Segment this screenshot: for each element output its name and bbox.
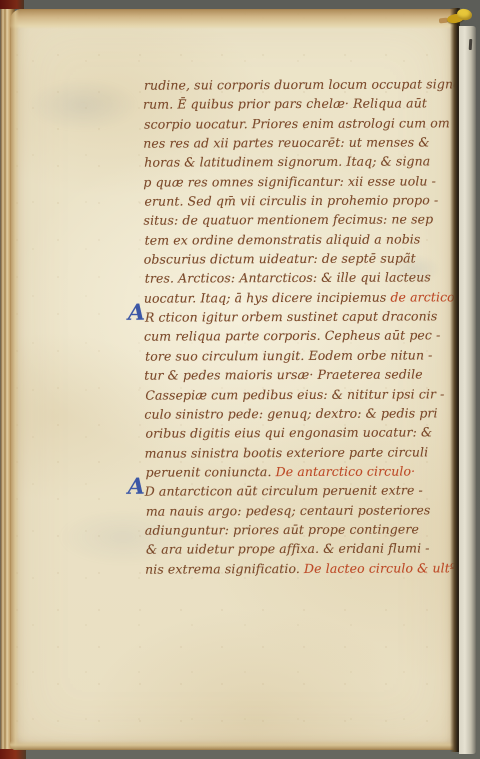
page-edge-left: [10, 9, 19, 750]
body-text: rum. Ē quibus prior pars chelæ· Reliqua …: [143, 96, 427, 112]
body-text: scorpio uocatur. Priores enim astrologi …: [144, 115, 456, 131]
manuscript-line: obscurius dictum uideatur: de septē supã…: [144, 248, 438, 269]
manuscript-line: scorpio uocatur. Priores enim astrologi …: [144, 113, 437, 134]
body-text: & ara uidetur prope affixa. & eridani fl…: [146, 541, 430, 557]
manuscript-line: erunt. Sed qm̄ vii circulis in prohemio …: [144, 190, 437, 211]
illuminated-initial: A: [128, 304, 145, 323]
body-text: erunt. Sed qm̄ vii circulis in prohemio …: [144, 192, 438, 208]
body-text: situs: de quatuor mentionem fecimus: ne …: [144, 212, 434, 228]
manuscript-line: rum. Ē quibus prior pars chelæ· Reliqua …: [143, 94, 437, 115]
photo-backdrop: rudine, sui corporis duorum locum occupa…: [0, 0, 480, 759]
manuscript-line: nes res ad xii partes reuocarēt: ut mens…: [143, 132, 437, 153]
manuscript-line: uocatur. Itaq; ā hys dicere incipiemus d…: [144, 287, 438, 308]
manuscript-line: culo sinistro pede: genuq; dextro: & ped…: [144, 403, 438, 424]
body-text: D antarcticon aūt circulum peruenit extr…: [145, 483, 423, 499]
manuscript-line: horas & latitudinem signorum. Itaq; & si…: [144, 152, 437, 173]
body-text: tore suo circulum iungit. Eodem orbe nit…: [145, 347, 432, 363]
manuscript-line: tem ex ordine demonstratis aliquid a nob…: [145, 229, 438, 250]
body-text: obscurius dictum uideatur: de septē supã…: [144, 251, 416, 267]
body-text: ma nauis argo: pedesq; centauri posterio…: [146, 502, 431, 518]
manuscript-line: Cassepiæ cum pedibus eius: & nititur ips…: [145, 384, 438, 405]
body-text: culo sinistro pede: genuq; dextro: & ped…: [144, 405, 437, 421]
manuscript-page: rudine, sui corporis duorum locum occupa…: [10, 9, 456, 750]
manuscript-line: p quæ res omnes significantur: xii esse …: [143, 171, 437, 192]
manuscript-line: peruenit coniuncta. De antarctico circul…: [146, 461, 439, 482]
body-text: p quæ res omnes significantur: xii esse …: [143, 173, 436, 189]
manuscript-line: AR cticon igitur orbem sustinet caput dr…: [145, 306, 438, 327]
binding-spine-bottom: [0, 749, 26, 759]
body-text: nis extrema significatio.: [145, 561, 304, 577]
manuscript-line: rudine, sui corporis duorum locum occupa…: [144, 74, 437, 95]
body-text: tres. Arcticos: Antarcticos: & ille qui …: [145, 270, 431, 286]
illuminated-initial: A: [128, 478, 145, 497]
page-edge-top: [10, 9, 456, 29]
manuscript-line: tres. Arcticos: Antarcticos: & ille qui …: [145, 268, 438, 289]
body-text: nes res ad xii partes reuocarēt: ut mens…: [143, 134, 429, 150]
page-edge-bottom: [10, 741, 456, 750]
text-block: rudine, sui corporis duorum locum occupa…: [143, 74, 439, 578]
facing-page-edge: [459, 26, 476, 754]
ink-bleedthrough: [28, 79, 138, 131]
body-text: tur & pedes maioris ursæ· Praeterea sedi…: [144, 367, 423, 383]
manuscript-line: ma nauis argo: pedesq; centauri posterio…: [146, 500, 439, 521]
body-text: Cassepiæ cum pedibus eius: & nititur ips…: [145, 386, 444, 402]
body-text: oribus digitis eius qui engonasim uocatu…: [145, 425, 432, 441]
manuscript-line: situs: de quatuor mentionem fecimus: ne …: [143, 210, 437, 231]
body-text: R cticon igitur orbem sustinet caput dra…: [145, 308, 438, 324]
rubric-text: de arctico cc̃lo·: [390, 289, 456, 304]
manuscript-line: cum reliqua parte corporis. Cepheus aūt …: [144, 326, 438, 347]
body-text: adiunguntur: priores aūt prope continger…: [145, 521, 419, 537]
manuscript-line: nis extrema significatio. De lacteo circ…: [145, 558, 439, 579]
body-text: tem ex ordine demonstratis aliquid a nob…: [145, 231, 421, 247]
manuscript-line: tur & pedes maioris ursæ· Praeterea sedi…: [144, 365, 438, 386]
bookmark-tab: [445, 6, 477, 28]
body-text: manus sinistra bootis exteriore parte ci…: [145, 444, 429, 460]
manuscript-line: oribus digitis eius qui engonasim uocatu…: [145, 423, 438, 444]
body-text: peruenit coniuncta.: [146, 464, 276, 480]
binding-spine-top: [0, 0, 24, 9]
body-text: rudine, sui corporis duorum locum occupa…: [144, 76, 456, 92]
manuscript-line: & ara uidetur prope affixa. & eridani fl…: [146, 539, 439, 560]
facing-page-mark: [469, 39, 473, 50]
body-text: cum reliqua parte corporis. Cepheus aūt …: [144, 328, 440, 344]
manuscript-line: tore suo circulum iungit. Eodem orbe nit…: [145, 345, 438, 366]
manuscript-line: manus sinistra bootis exteriore parte ci…: [145, 442, 439, 463]
rubric-text: De antarctico circulo·: [276, 463, 416, 479]
manuscript-line: adiunguntur: priores aūt prope continger…: [145, 519, 439, 540]
body-text: uocatur. Itaq; ā hys dicere incipiemus: [144, 289, 391, 305]
manuscript-line: AD antarcticon aūt circulum peruenit ext…: [145, 481, 439, 502]
rubric-text: De lacteo circulo & ultº: [304, 560, 456, 576]
body-text: horas & latitudinem signorum. Itaq; & si…: [144, 154, 430, 170]
